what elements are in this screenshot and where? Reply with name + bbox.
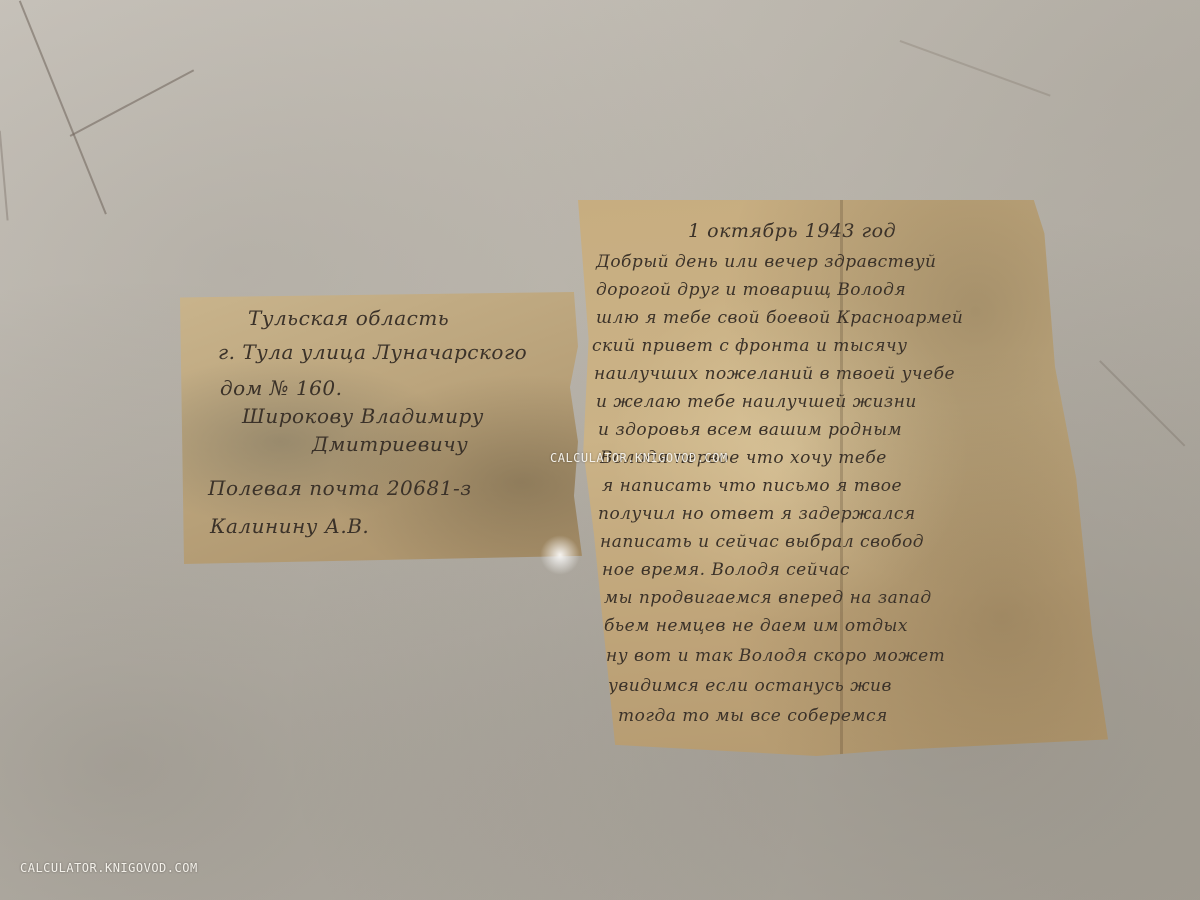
marble-vein bbox=[19, 0, 107, 214]
marble-vein bbox=[900, 40, 1051, 96]
letter-line: Добрый день или вечер здравствуй bbox=[596, 252, 937, 272]
letter-date: 1 октябрь 1943 год bbox=[688, 220, 896, 242]
watermark-bottom-left: CALCULATOR.KNIGOVOD.COM bbox=[20, 861, 198, 875]
marble-vein bbox=[70, 69, 194, 136]
light-glare bbox=[540, 535, 580, 575]
recipient-patronymic: Дмитриевичу bbox=[312, 432, 468, 456]
letter-line: шлю я тебе свой боевой Красноармей bbox=[596, 308, 963, 328]
letter-line: и здоровья всем вашим родным bbox=[598, 420, 902, 440]
letter-line: ное время. Володя сейчас bbox=[602, 560, 850, 580]
address-house: дом № 160. bbox=[220, 376, 342, 400]
address-region: Тульская область bbox=[248, 306, 449, 330]
letter-line: ну вот и так Володя скоро может bbox=[606, 646, 945, 666]
watermark-center: CALCULATOR.KNIGOVOD.COM bbox=[550, 451, 728, 465]
letter-line: увидимся если останусь жив bbox=[608, 676, 892, 696]
marble-vein bbox=[1099, 360, 1185, 446]
letter-line: получил но ответ я задержался bbox=[598, 504, 916, 524]
letter-line: мы продвигаемся вперед на запад bbox=[604, 588, 932, 608]
letter-line: ский привет с фронта и тысячу bbox=[592, 336, 907, 356]
sender-name: Калинину А.В. bbox=[210, 514, 369, 538]
letter-line: и желаю тебе наилучшей жизни bbox=[596, 392, 917, 412]
letter-line: я написать что письмо я твое bbox=[602, 476, 902, 496]
envelope-address-card: Тульская область г. Тула улица Луначарск… bbox=[180, 292, 582, 564]
letter-line: бьем немцев не даем им отдых bbox=[604, 616, 908, 636]
letter-line: дорогой друг и товарищ Володя bbox=[596, 280, 906, 300]
field-post-number: Полевая почта 20681-з bbox=[208, 476, 472, 500]
recipient-name: Широкову Владимиру bbox=[242, 404, 484, 428]
handwritten-letter: 1 октябрь 1943 год Добрый день или вечер… bbox=[578, 200, 1108, 756]
letter-line: тогда то мы все соберемся bbox=[618, 706, 888, 726]
letter-line: наилучших пожеланий в твоей учебе bbox=[594, 364, 955, 384]
address-city-street: г. Тула улица Луначарского bbox=[218, 340, 527, 364]
letter-line: написать и сейчас выбрал свобод bbox=[600, 532, 924, 552]
marble-vein bbox=[0, 131, 9, 221]
